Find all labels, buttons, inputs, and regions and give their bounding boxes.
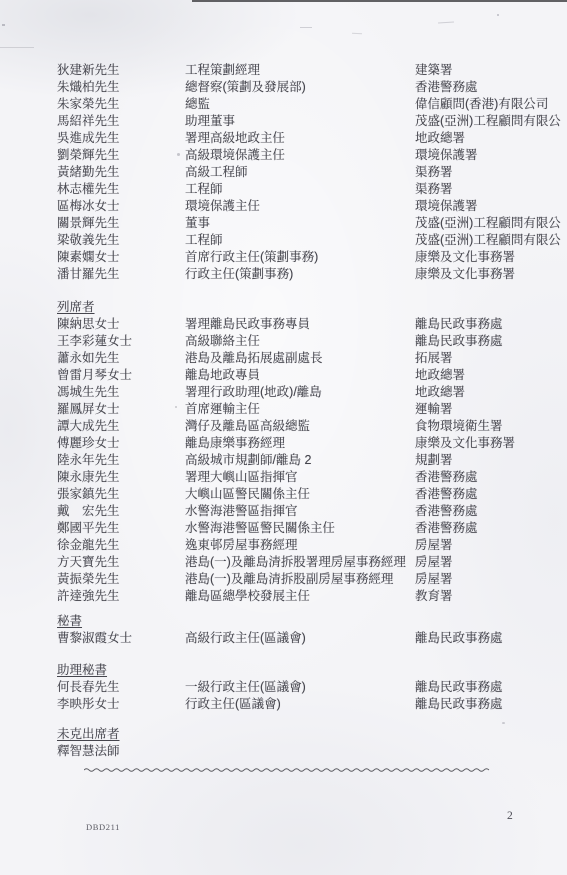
scan-artifact xyxy=(2,24,5,26)
attendee-row: 陸永年先生高級城市規劃師/離島 2規劃署 xyxy=(57,452,567,469)
attendee-org: 香港警務處 xyxy=(415,469,567,486)
attendee-org: 教育署 xyxy=(415,588,567,605)
attendee-row: 區梅冰女士環境保護主任環境保護署 xyxy=(57,198,567,215)
attendee-row: 劉榮輝先生高級環境保護主任環境保護署 xyxy=(57,147,567,164)
attendee-name: 曹黎淑霞女士 xyxy=(57,630,185,647)
attendee-name: 梁敬義先生 xyxy=(57,232,185,249)
attendee-title: 港島(一)及離島清拆股副房屋事務經理 xyxy=(185,571,415,588)
scan-artifact xyxy=(502,722,505,724)
scan-artifact xyxy=(175,406,177,408)
attendee-org: 香港警務處 xyxy=(415,520,567,537)
wavy-divider xyxy=(84,766,490,774)
attendee-row: 曹黎淑霞女士高級行政主任(區議會)離島民政事務處 xyxy=(57,630,567,647)
roster-section-4: 未克出席者釋智慧法師 xyxy=(57,726,567,760)
attendee-org: 環境保護署 xyxy=(415,147,567,164)
attendee-name: 林志權先生 xyxy=(57,181,185,198)
roster-section-2: 秘書曹黎淑霞女士高級行政主任(區議會)離島民政事務處 xyxy=(57,613,567,647)
attendee-title: 離島區總學校發展主任 xyxy=(185,588,415,605)
attendee-title: 離島康樂事務經理 xyxy=(185,435,415,452)
attendee-org: 房屋署 xyxy=(415,571,567,588)
attendee-title: 署理高級地政主任 xyxy=(185,130,415,147)
scan-artifact xyxy=(438,21,454,23)
attendee-title: 高級工程師 xyxy=(185,164,415,181)
attendee-name: 釋智慧法師 xyxy=(57,743,185,760)
attendee-name: 李映彤女士 xyxy=(57,696,185,713)
attendee-title: 署理離島民政事務專員 xyxy=(185,316,415,333)
attendee-title: 逸東邨房屋事務經理 xyxy=(185,537,415,554)
attendee-title: 助理董事 xyxy=(185,113,415,130)
attendee-org: 康樂及文化事務署 xyxy=(415,249,567,266)
attendee-row: 李映彤女士行政主任(區議會)離島民政事務處 xyxy=(57,696,567,713)
attendee-name: 吳進成先生 xyxy=(57,130,185,147)
attendee-name: 陳納思女士 xyxy=(57,316,185,333)
attendee-name: 關景輝先生 xyxy=(57,215,185,232)
page-number: 2 xyxy=(507,810,513,822)
attendee-title: 水警海港警區指揮官 xyxy=(185,503,415,520)
attendee-name: 張家鎮先生 xyxy=(57,486,185,503)
attendee-row: 陳素嫻女士首席行政主任(策劃事務)康樂及文化事務署 xyxy=(57,249,567,266)
attendee-row: 傅麗珍女士離島康樂事務經理康樂及文化事務署 xyxy=(57,435,567,452)
attendee-row: 林志權先生工程師渠務署 xyxy=(57,181,567,198)
attendee-name: 羅鳳屏女士 xyxy=(57,401,185,418)
attendee-title: 高級城市規劃師/離島 2 xyxy=(185,452,415,469)
attendee-name: 區梅冰女士 xyxy=(57,198,185,215)
attendee-name: 曾雷月琴女士 xyxy=(57,367,185,384)
attendee-title: 大嶼山區警民關係主任 xyxy=(185,486,415,503)
attendee-org: 茂盛(亞洲)工程顧問有限公 xyxy=(415,215,567,232)
attendee-name: 陳永康先生 xyxy=(57,469,185,486)
attendee-org: 房屋署 xyxy=(415,554,567,571)
attendee-org: 離島民政事務處 xyxy=(415,333,567,350)
attendee-row: 譚大成先生灣仔及離島區高級總監食物環境衛生署 xyxy=(57,418,567,435)
attendance-list: 狄建新先生工程策劃經理建築署朱熾柏先生總督察(策劃及發展部)香港警務處朱家榮先生… xyxy=(57,62,567,760)
attendee-row: 梁敬義先生工程師茂盛(亞洲)工程顧問有限公 xyxy=(57,232,567,249)
attendee-row: 黃振榮先生港島(一)及離島清拆股副房屋事務經理房屋署 xyxy=(57,571,567,588)
attendee-org: 離島民政事務處 xyxy=(415,696,567,713)
attendee-row: 曾雷月琴女士離島地政專員地政總署 xyxy=(57,367,567,384)
roster-section-0: 狄建新先生工程策劃經理建築署朱熾柏先生總督察(策劃及發展部)香港警務處朱家榮先生… xyxy=(57,62,567,283)
attendee-org: 康樂及文化事務署 xyxy=(415,266,567,283)
attendee-name: 狄建新先生 xyxy=(57,62,185,79)
section-heading: 未克出席者 xyxy=(57,726,120,743)
attendee-name: 朱家榮先生 xyxy=(57,96,185,113)
attendee-org xyxy=(415,743,567,760)
attendee-title: 環境保護主任 xyxy=(185,198,415,215)
attendee-title: 總監 xyxy=(185,96,415,113)
attendee-title: 工程師 xyxy=(185,232,415,249)
attendee-org: 渠務署 xyxy=(415,181,567,198)
attendee-org: 拓展署 xyxy=(415,350,567,367)
roster-section-1: 列席者陳納思女士署理離島民政事務專員離島民政事務處王李彩蓮女士高級聯絡主任離島民… xyxy=(57,299,567,605)
attendee-title: 高級環境保護主任 xyxy=(185,147,415,164)
attendee-org: 偉信顧問(香港)有限公司 xyxy=(415,96,567,113)
section-heading: 助理秘書 xyxy=(57,662,107,679)
attendee-title: 高級聯絡主任 xyxy=(185,333,415,350)
attendee-name: 陸永年先生 xyxy=(57,452,185,469)
attendee-org: 渠務署 xyxy=(415,164,567,181)
attendee-row: 何長春先生一級行政主任(區議會)離島民政事務處 xyxy=(57,679,567,696)
attendee-title: 董事 xyxy=(185,215,415,232)
attendee-name: 許達強先生 xyxy=(57,588,185,605)
attendee-org: 離島民政事務處 xyxy=(415,316,567,333)
attendee-name: 朱熾柏先生 xyxy=(57,79,185,96)
attendee-row: 馮城生先生署理行政助理(地政)/離島地政總署 xyxy=(57,384,567,401)
scan-edge-line xyxy=(192,0,567,2)
attendee-org: 地政總署 xyxy=(415,367,567,384)
attendee-row: 潘甘羅先生行政主任(策劃事務)康樂及文化事務署 xyxy=(57,266,567,283)
attendee-org: 茂盛(亞洲)工程顧問有限公 xyxy=(415,232,567,249)
attendee-title: 總督察(策劃及發展部) xyxy=(185,79,415,96)
attendee-title: 一級行政主任(區議會) xyxy=(185,679,415,696)
attendee-name: 劉榮輝先生 xyxy=(57,147,185,164)
attendee-org: 建築署 xyxy=(415,62,567,79)
attendee-title: 工程策劃經理 xyxy=(185,62,415,79)
scan-artifact xyxy=(497,14,499,16)
attendee-row: 陳納思女士署理離島民政事務專員離島民政事務處 xyxy=(57,316,567,333)
attendee-row: 王李彩蓮女士高級聯絡主任離島民政事務處 xyxy=(57,333,567,350)
attendee-name: 馬紹祥先生 xyxy=(57,113,185,130)
attendee-name: 黃緒勤先生 xyxy=(57,164,185,181)
attendee-org: 康樂及文化事務署 xyxy=(415,435,567,452)
attendee-title: 灣仔及離島區高級總監 xyxy=(185,418,415,435)
attendee-name: 潘甘羅先生 xyxy=(57,266,185,283)
attendee-org: 規劃署 xyxy=(415,452,567,469)
attendee-title: 離島地政專員 xyxy=(185,367,415,384)
scan-artifact xyxy=(352,33,362,35)
attendee-org: 香港警務處 xyxy=(415,486,567,503)
attendee-name: 譚大成先生 xyxy=(57,418,185,435)
attendee-title: 首席行政主任(策劃事務) xyxy=(185,249,415,266)
attendee-row: 釋智慧法師 xyxy=(57,743,567,760)
attendee-name: 傅麗珍女士 xyxy=(57,435,185,452)
attendee-row: 鄭國平先生水警海港警區警民關係主任香港警務處 xyxy=(57,520,567,537)
attendee-name: 徐金龍先生 xyxy=(57,537,185,554)
attendee-org: 香港警務處 xyxy=(415,79,567,96)
attendee-row: 方天寶先生港島(一)及離島清拆股署理房屋事務經理房屋署 xyxy=(57,554,567,571)
attendee-name: 何長春先生 xyxy=(57,679,185,696)
attendee-org: 地政總署 xyxy=(415,130,567,147)
attendee-row: 朱家榮先生總監偉信顧問(香港)有限公司 xyxy=(57,96,567,113)
attendee-row: 羅鳳屏女士首席運輸主任運輸署 xyxy=(57,401,567,418)
attendee-row: 馬紹祥先生助理董事茂盛(亞洲)工程顧問有限公 xyxy=(57,113,567,130)
attendee-name: 黃振榮先生 xyxy=(57,571,185,588)
scan-artifact xyxy=(0,47,34,48)
attendee-title: 港島及離島拓展處副處長 xyxy=(185,350,415,367)
attendee-title: 署理大嶼山區指揮官 xyxy=(185,469,415,486)
attendee-org: 運輸署 xyxy=(415,401,567,418)
section-heading: 秘書 xyxy=(57,613,82,630)
attendee-org: 茂盛(亞洲)工程顧問有限公 xyxy=(415,113,567,130)
attendee-org: 香港警務處 xyxy=(415,503,567,520)
attendee-row: 徐金龍先生逸東邨房屋事務經理房屋署 xyxy=(57,537,567,554)
attendee-org: 地政總署 xyxy=(415,384,567,401)
attendee-title: 港島(一)及離島清拆股署理房屋事務經理 xyxy=(185,554,415,571)
attendee-org: 環境保護署 xyxy=(415,198,567,215)
attendee-title: 水警海港警區警民關係主任 xyxy=(185,520,415,537)
attendee-name: 陳素嫻女士 xyxy=(57,249,185,266)
attendee-org: 離島民政事務處 xyxy=(415,679,567,696)
attendee-row: 陳永康先生署理大嶼山區指揮官香港警務處 xyxy=(57,469,567,486)
attendee-name: 馮城生先生 xyxy=(57,384,185,401)
attendee-row: 吳進成先生署理高級地政主任地政總署 xyxy=(57,130,567,147)
attendee-title xyxy=(185,743,415,760)
attendee-title: 署理行政助理(地政)/離島 xyxy=(185,384,415,401)
attendee-row: 黃緒勤先生高級工程師渠務署 xyxy=(57,164,567,181)
roster-section-3: 助理秘書何長春先生一級行政主任(區議會)離島民政事務處李映彤女士行政主任(區議會… xyxy=(57,662,567,713)
attendee-row: 關景輝先生董事茂盛(亞洲)工程顧問有限公 xyxy=(57,215,567,232)
scanned-page: 狄建新先生工程策劃經理建築署朱熾柏先生總督察(策劃及發展部)香港警務處朱家榮先生… xyxy=(0,0,567,875)
section-heading: 列席者 xyxy=(57,299,95,316)
scan-artifact xyxy=(177,153,180,156)
attendee-row: 許達強先生離島區總學校發展主任教育署 xyxy=(57,588,567,605)
attendee-row: 戴 宏先生水警海港警區指揮官香港警務處 xyxy=(57,503,567,520)
attendee-org: 食物環境衛生署 xyxy=(415,418,567,435)
document-code: DBD211 xyxy=(86,822,120,832)
attendee-row: 朱熾柏先生總督察(策劃及發展部)香港警務處 xyxy=(57,79,567,96)
attendee-name: 戴 宏先生 xyxy=(57,503,185,520)
attendee-title: 行政主任(策劃事務) xyxy=(185,266,415,283)
attendee-name: 方天寶先生 xyxy=(57,554,185,571)
attendee-row: 蕭永如先生港島及離島拓展處副處長拓展署 xyxy=(57,350,567,367)
attendee-row: 張家鎮先生大嶼山區警民關係主任香港警務處 xyxy=(57,486,567,503)
attendee-row: 狄建新先生工程策劃經理建築署 xyxy=(57,62,567,79)
attendee-name: 蕭永如先生 xyxy=(57,350,185,367)
scan-artifact xyxy=(300,27,312,28)
attendee-name: 鄭國平先生 xyxy=(57,520,185,537)
attendee-title: 高級行政主任(區議會) xyxy=(185,630,415,647)
attendee-org: 房屋署 xyxy=(415,537,567,554)
attendee-org: 離島民政事務處 xyxy=(415,630,567,647)
attendee-title: 首席運輸主任 xyxy=(185,401,415,418)
attendee-title: 行政主任(區議會) xyxy=(185,696,415,713)
attendee-name: 王李彩蓮女士 xyxy=(57,333,185,350)
attendee-title: 工程師 xyxy=(185,181,415,198)
wavy-divider-path xyxy=(84,769,489,772)
